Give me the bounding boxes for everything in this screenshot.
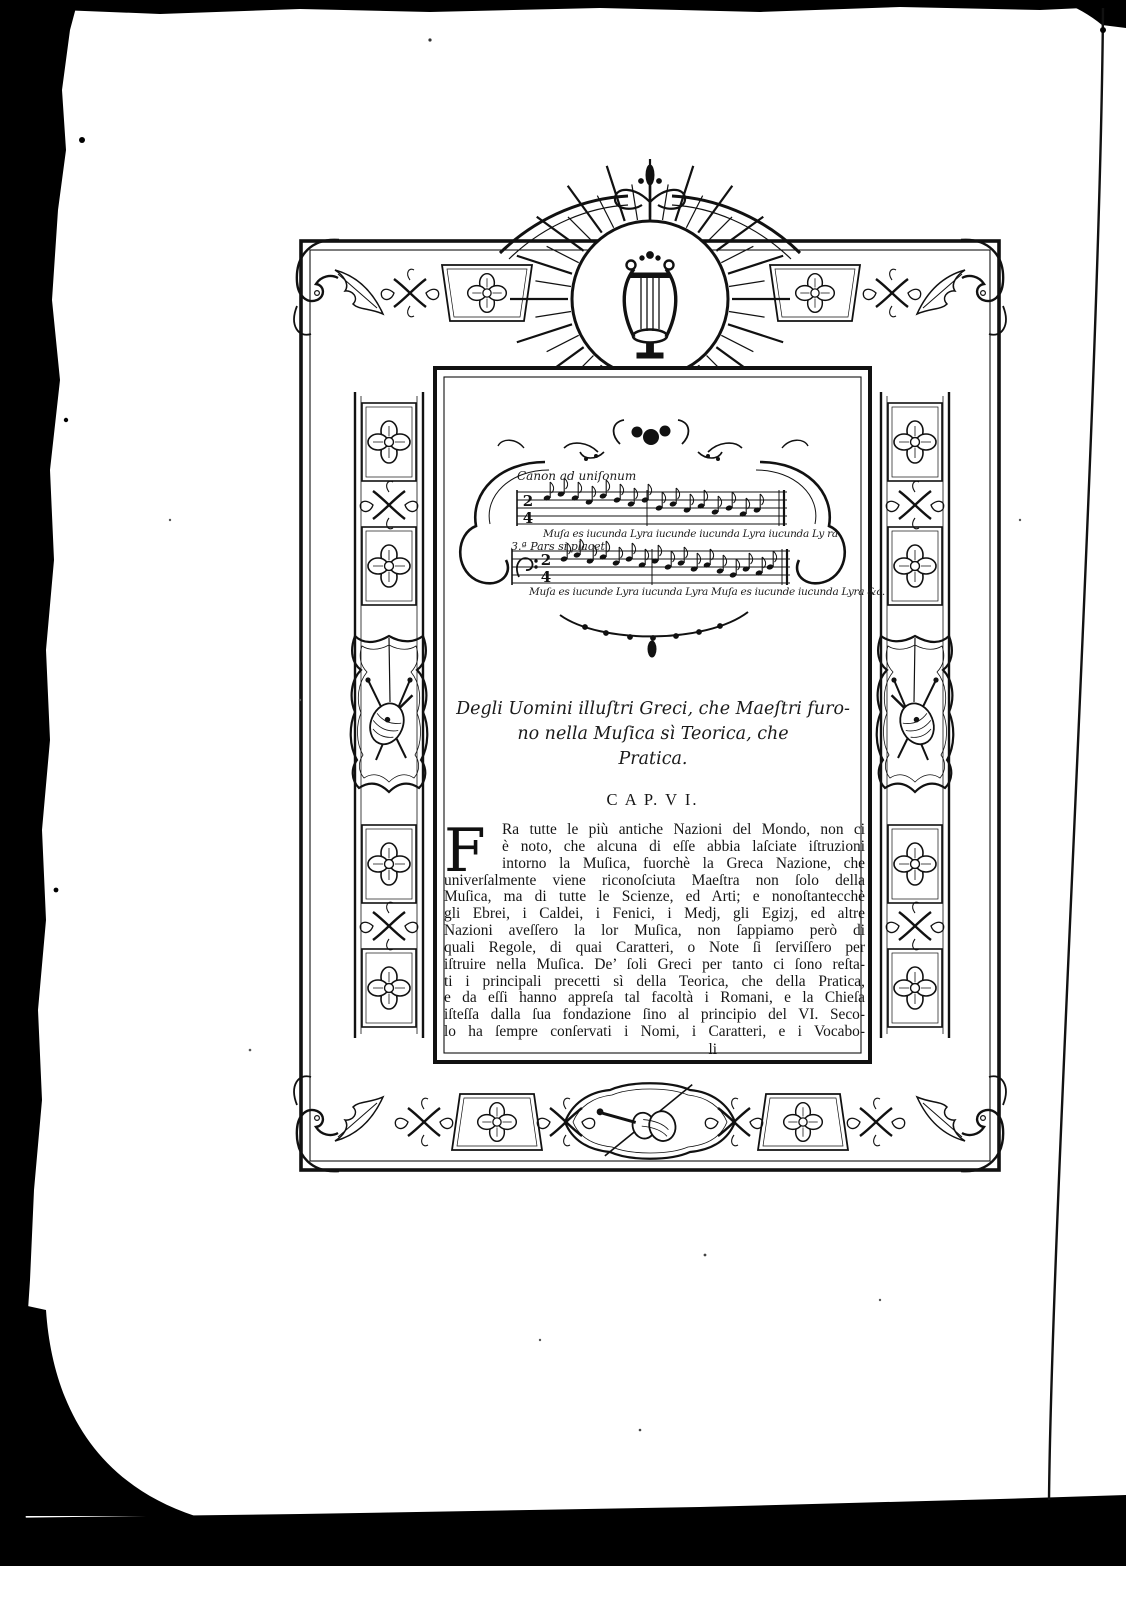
time-signature-top: 2 <box>523 492 533 510</box>
heading-line: Degli Uomini illuſtri Greci, che Maeſtri… <box>452 697 854 722</box>
top-edge-strip <box>60 0 1126 14</box>
right-rail-rosette-4 <box>888 949 942 1027</box>
left-rail-rosette-3 <box>362 825 416 903</box>
left-rail-rosette-4 <box>362 949 416 1027</box>
top-rail-rosette-left <box>442 265 532 321</box>
body-line: ti i principali precetti sì della Teoric… <box>444 974 865 991</box>
time-signature-bottom-2: 4 <box>541 568 551 586</box>
body-line: è noto, che alcuna di eſſe abbia laſciat… <box>444 839 865 856</box>
chapter-number: C A P. V I. <box>435 790 870 810</box>
right-rail-rosette-3 <box>888 825 942 903</box>
staff2-lyric: Muſa es iucunde Lyra iucunda Lyra Muſa e… <box>529 586 885 598</box>
body-line: Ra tutte le più antiche Nazioni del Mond… <box>444 822 865 839</box>
top-rail-cross-right <box>863 269 920 317</box>
scanned-book-page: 2 4 2 4 <box>0 0 1126 1600</box>
pars-label: 3.ª Pars si placet <box>511 540 605 553</box>
bottom-rail-rosette-right <box>758 1094 848 1150</box>
left-rail-rosette-2 <box>362 527 416 605</box>
bottom-rail-cross-1 <box>395 1098 452 1146</box>
heading-line: no nella Muſica sì Teorica, che <box>452 722 854 747</box>
left-rail-cross-1 <box>360 481 417 529</box>
body-line: Muſica, ma di tutte le Scienze, ed Arti;… <box>444 889 865 906</box>
body-line: gli Ebrei, i Caldei, i Fenici, i Medj, g… <box>444 906 865 923</box>
chapter-heading: Degli Uomini illuſtri Greci, che Maeſtri… <box>452 697 854 772</box>
canon-label: Canon ad uniſonum <box>517 469 636 483</box>
body-line: Nazioni aveſſero la lor Muſica, non ſapp… <box>444 923 865 940</box>
body-line: iſtruire nella Muſica. De’ ſoli Greci pe… <box>444 957 865 974</box>
bottom-scan-band <box>0 1495 1126 1566</box>
time-signature-top-2: 2 <box>541 551 551 569</box>
paper-corner-bottom-left <box>0 1300 195 1516</box>
catchword: li <box>444 1041 865 1059</box>
staff1-lyric: Muſa es iucunda Lyra iucunde iucunda Lyr… <box>543 528 838 540</box>
right-rail-rosette-2 <box>888 527 942 605</box>
right-rail-rosette-1 <box>888 403 942 481</box>
drop-cap: F <box>444 824 486 878</box>
corner-acanthus-top-left <box>294 240 383 335</box>
violin-cartouche <box>565 1083 735 1159</box>
body-line: quali Regole, di quai Caratteri, o Note … <box>444 940 865 957</box>
body-line: e da eſſi hanno appreſa tal facoltà i Ro… <box>444 990 865 1007</box>
right-rail-cross-1 <box>886 481 943 529</box>
corner-acanthus-bottom-right <box>917 1076 1006 1171</box>
bottom-rail-rosette-left <box>452 1094 542 1150</box>
lute-trophy-icon-left <box>351 636 428 792</box>
top-right-corner-shadow <box>1058 0 1126 28</box>
heading-line: Pratica. <box>452 747 854 772</box>
body-line: univerſalmente viene riconoſciuta Maeſtr… <box>444 873 865 890</box>
time-signature-bottom: 4 <box>523 509 533 527</box>
bottom-rail-cross-4 <box>847 1098 904 1146</box>
lute-trophy-icon-right <box>877 636 954 792</box>
top-rail-cross-left <box>381 269 438 317</box>
body-text: Ra tutte le più antiche Nazioni del Mond… <box>444 822 865 1041</box>
page-gutter-line <box>1049 8 1103 1500</box>
right-rail-cross-2 <box>886 902 943 950</box>
body-line: iſteſſa dalla ſua fondazione ſino al pri… <box>444 1007 865 1024</box>
torn-left-edge <box>0 0 78 1520</box>
left-rail-rosette-1 <box>362 403 416 481</box>
body-line: intorno la Muſica, fuorchè la Greca Nazi… <box>444 856 865 873</box>
left-rail-cross-2 <box>360 902 417 950</box>
corner-acanthus-top-right <box>917 240 1006 335</box>
body-line: lo ha ſempre conſervati i Nomi, i Caratt… <box>444 1024 865 1041</box>
corner-acanthus-bottom-left <box>294 1076 383 1171</box>
top-rail-rosette-right <box>770 265 860 321</box>
